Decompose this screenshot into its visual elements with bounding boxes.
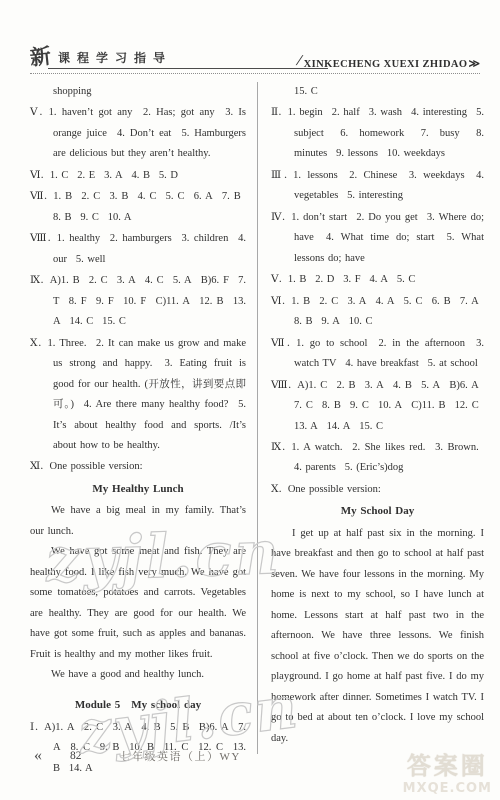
answer-block: Ⅶ.1. B 2. C 3. B 4. C 5. C 6. A 7. B 8. … bbox=[30, 186, 246, 228]
answer-site-brand-mark: 答案圈 MXQE.COM bbox=[403, 746, 492, 796]
section-label: Ⅸ. bbox=[30, 274, 50, 286]
answer-block: Ⅸ.A)1. B 2. C 3. A 4. C 5. A B)6. F 7. T… bbox=[30, 270, 246, 332]
header-underline-rule bbox=[48, 68, 328, 69]
continuation-line: 15. C bbox=[271, 82, 484, 102]
section-label: Ⅳ. bbox=[271, 211, 291, 223]
answer-block: Ⅺ.One possible version: bbox=[30, 456, 246, 477]
scanned-answer-page: 新 课程学习指导 / XINKECHENG XUEXI ZHIDAO ≫ sho… bbox=[0, 0, 500, 800]
answer-text: 1. B 2. C 3. B 4. C 5. C 6. A 7. B 8. B … bbox=[53, 191, 246, 222]
right-column: 15. C Ⅱ.1. begin 2. half 3. wash 4. inte… bbox=[257, 82, 484, 754]
essay-title-healthy-lunch: My Healthy Lunch bbox=[30, 479, 246, 500]
essay-paragraph: We have a good and healthy lunch. bbox=[30, 665, 246, 685]
answer-block: Ⅲ.1. lessons 2. Chinese 3. weekdays 4. v… bbox=[271, 165, 484, 207]
answer-block: Ⅴ.1. haven’t got any 2. Has; got any 3. … bbox=[30, 102, 246, 164]
header-title-pinyin: XINKECHENG XUEXI ZHIDAO bbox=[304, 59, 468, 70]
section-label: Ⅴ. bbox=[30, 106, 49, 118]
section-label: Ⅷ. bbox=[30, 232, 57, 244]
section-label: Ⅴ. bbox=[271, 273, 288, 285]
answer-block: Ⅳ.1. don’t start 2. Do you get 3. Where … bbox=[271, 207, 484, 269]
answer-text: 1. go to school 2. in the afternoon 3. w… bbox=[294, 338, 484, 369]
section-label: Ⅹ. bbox=[30, 337, 47, 349]
section-label: Ⅶ. bbox=[271, 337, 296, 349]
answer-text: 1. A watch. 2. She likes red. 3. Brown. … bbox=[291, 442, 484, 473]
answer-block: Ⅵ.1. C 2. E 3. A 4. B 5. D bbox=[30, 165, 246, 186]
section-label: Ⅰ. bbox=[30, 721, 44, 733]
brand-name-chinese: 答案圈 bbox=[403, 746, 492, 781]
answer-block: Ⅹ.One possible version: bbox=[271, 479, 484, 500]
section-label: Ⅲ. bbox=[271, 169, 293, 181]
answer-text: 1. B 2. C 3. A 4. A 5. C 6. B 7. A 8. B … bbox=[291, 296, 484, 327]
section-label: Ⅺ. bbox=[30, 460, 50, 472]
header-dotted-rule bbox=[30, 73, 480, 74]
answer-block: Ⅸ.1. A watch. 2. She likes red. 3. Brown… bbox=[271, 437, 484, 479]
footer-chevron-icon: « bbox=[34, 747, 40, 765]
answer-text: 1. lessons 2. Chinese 3. weekdays 4. veg… bbox=[293, 170, 484, 201]
essay-title-school-day: My School Day bbox=[271, 501, 484, 522]
header-chevrons-icon: ≫ bbox=[468, 57, 480, 70]
answer-block: Ⅵ.1. B 2. C 3. A 4. A 5. C 6. B 7. A 8. … bbox=[271, 291, 484, 333]
continuation-line: shopping bbox=[30, 82, 246, 102]
section-label: Ⅵ. bbox=[30, 169, 50, 181]
answer-text: One possible version: bbox=[50, 461, 143, 472]
answer-text: One possible version: bbox=[288, 484, 381, 495]
header-right-group: / XINKECHENG XUEXI ZHIDAO ≫ bbox=[297, 53, 481, 70]
answer-block: Ⅴ.1. B 2. D 3. F 4. A 5. C bbox=[271, 269, 484, 290]
answer-text: A)1. C 2. B 3. A 4. B 5. A B)6. A 7. C 8… bbox=[294, 380, 484, 432]
answer-block: Ⅹ.1. Three. 2. It can make us grow and m… bbox=[30, 333, 246, 457]
brand-site-url: MXQE.COM bbox=[403, 781, 492, 796]
answer-block: Ⅷ.A)1. C 2. B 3. A 4. B 5. A B)6. A 7. C… bbox=[271, 375, 484, 437]
section-label: Ⅸ. bbox=[271, 441, 291, 453]
answer-block: Ⅶ.1. go to school 2. in the afternoon 3.… bbox=[271, 333, 484, 375]
answer-text: 1. C 2. E 3. A 4. B 5. D bbox=[50, 170, 178, 181]
page-number: 82 bbox=[70, 750, 82, 762]
section-label: Ⅶ. bbox=[30, 190, 53, 202]
book-title: 七年级英语（上）WY bbox=[120, 748, 241, 764]
section-label: Ⅵ. bbox=[271, 295, 291, 307]
essay-paragraph: We have got some meat and fish. They are… bbox=[30, 542, 246, 665]
answer-text: 1. healthy 2. hamburgers 3. children 4. … bbox=[53, 233, 246, 264]
answer-block: Ⅷ.1. healthy 2. hamburgers 3. children 4… bbox=[30, 228, 246, 270]
answer-text: 1. Three. 2. It can make us grow and mak… bbox=[47, 338, 246, 451]
header-left-group: 新 课程学习指导 bbox=[30, 48, 172, 67]
header-slash-decoration: / bbox=[294, 53, 304, 70]
page-header: 新 课程学习指导 / XINKECHENG XUEXI ZHIDAO ≫ bbox=[30, 42, 480, 70]
section-label: Ⅱ. bbox=[271, 106, 288, 118]
xin-brand-logo-icon: 新 bbox=[29, 47, 52, 68]
two-column-content: shopping Ⅴ.1. haven’t got any 2. Has; go… bbox=[30, 82, 484, 754]
section-label: Ⅹ. bbox=[271, 483, 288, 495]
answer-text: 1. don’t start 2. Do you get 3. Where do… bbox=[291, 212, 484, 264]
essay-paragraph: We have a big meal in my family. That’s … bbox=[30, 501, 246, 542]
answer-block: Ⅱ.1. begin 2. half 3. wash 4. interestin… bbox=[271, 102, 484, 164]
page-footer: « 82 七年级英语（上）WY bbox=[34, 747, 241, 765]
answer-text: 1. B 2. D 3. F 4. A 5. C bbox=[288, 274, 415, 285]
answer-text: A)1. B 2. C 3. A 4. C 5. A B)6. F 7. T 8… bbox=[50, 275, 246, 327]
section-label: Ⅷ. bbox=[271, 379, 297, 391]
answer-text: 1. haven’t got any 2. Has; got any 3. Is… bbox=[49, 107, 246, 159]
header-title-chinese: 课程学习指导 bbox=[58, 49, 172, 67]
essay-paragraph: I get up at half past six in the morning… bbox=[271, 524, 484, 749]
left-column: shopping Ⅴ.1. haven’t got any 2. Has; go… bbox=[30, 82, 257, 754]
answer-text: 1. begin 2. half 3. wash 4. interesting … bbox=[288, 107, 484, 159]
module-5-heading: Module 5 My school day bbox=[30, 695, 246, 716]
